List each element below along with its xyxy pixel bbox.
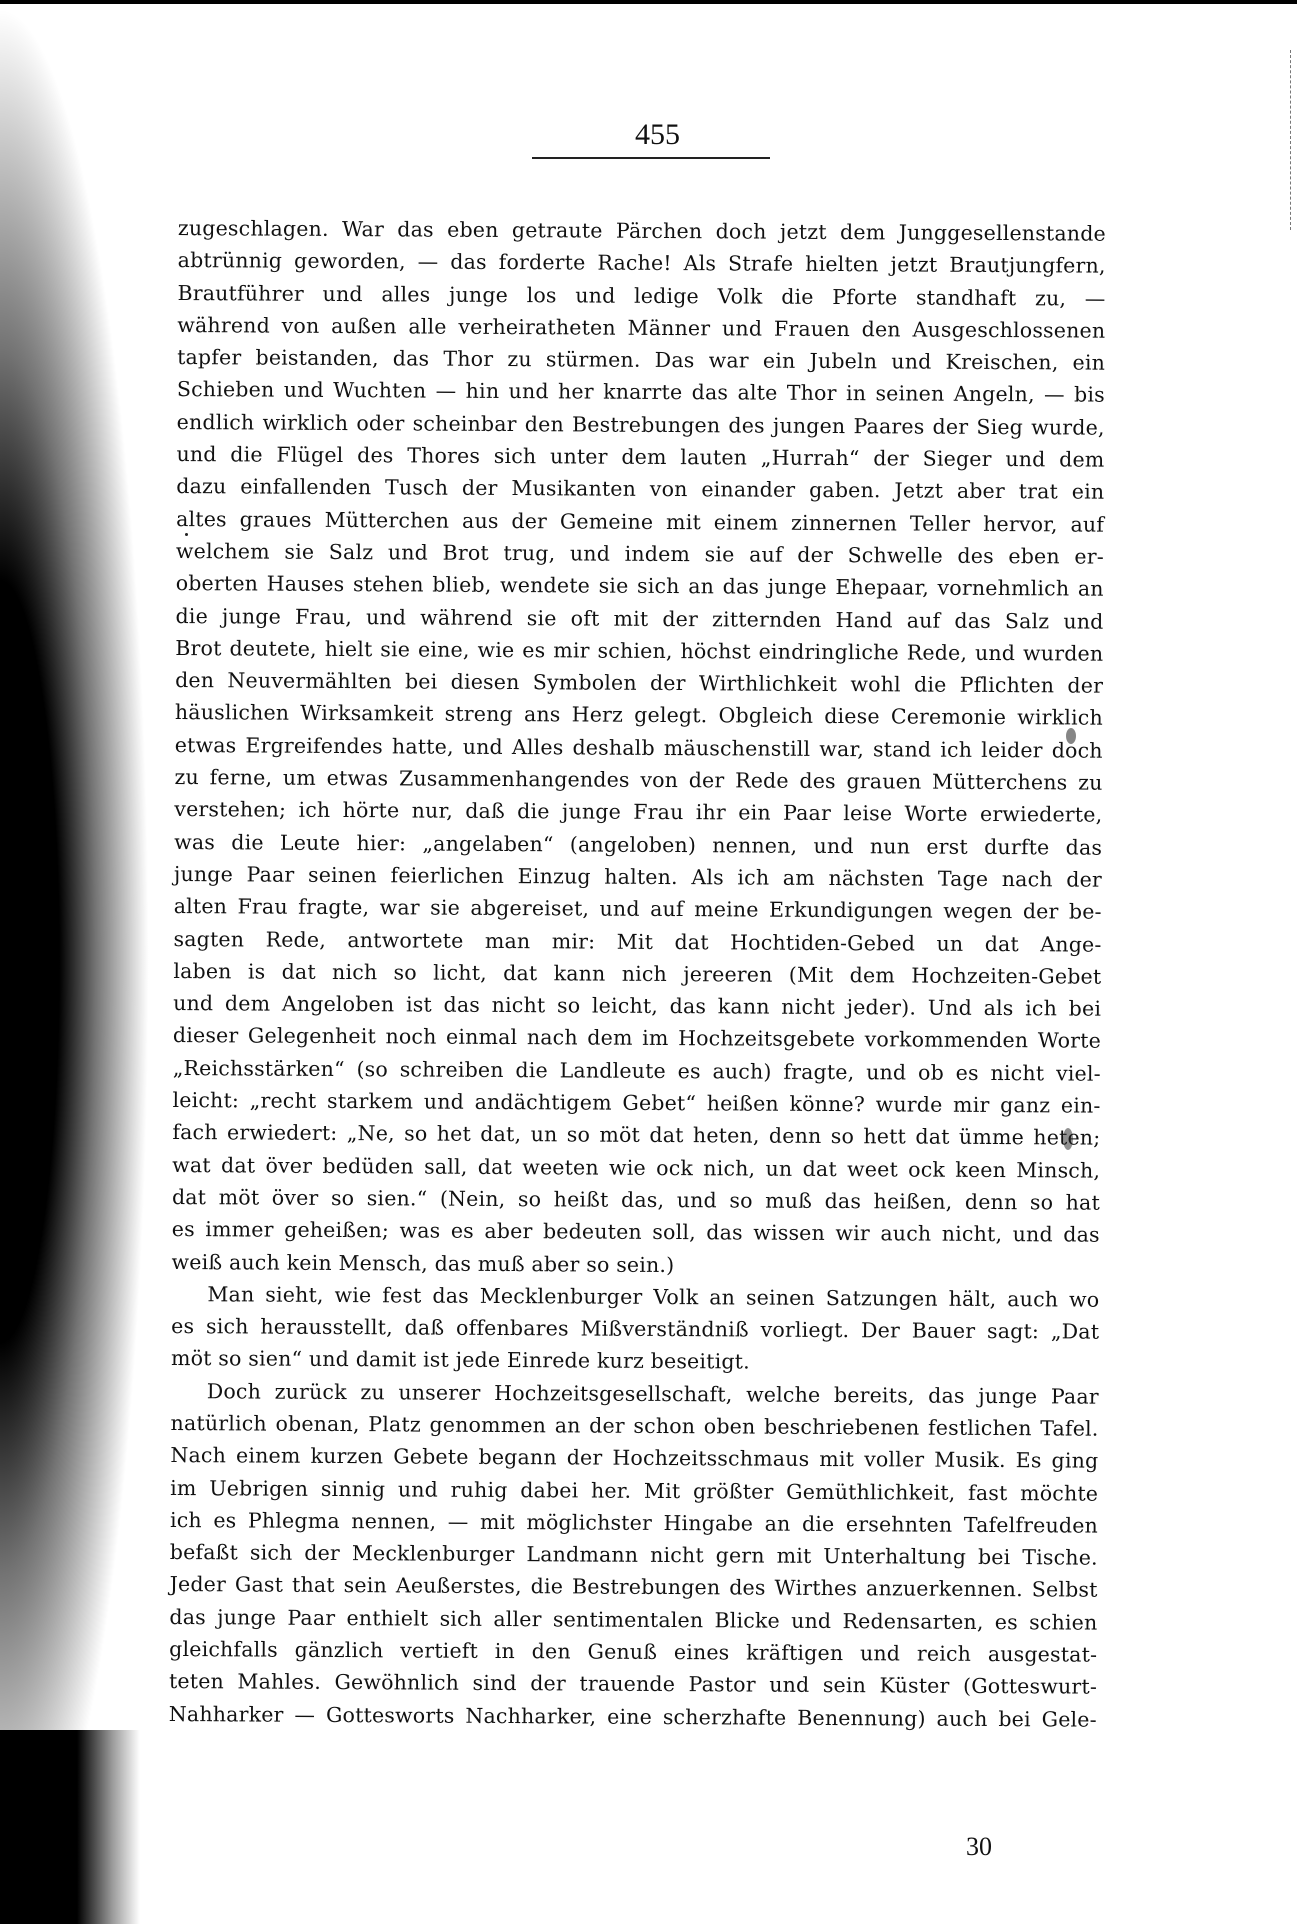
text-line: weiß auch kein Mensch, das muß aber so s… [171, 1245, 1099, 1283]
text-line: Schieben und Wuchten — hin und her knarr… [177, 373, 1105, 411]
text-line: fach erwiedert: „Ne, so het dat, un so m… [172, 1116, 1100, 1154]
text-line: teten Mahles. Gewöhnlich sind der trauen… [169, 1665, 1097, 1703]
text-line: abtrünnig geworden, — das forderte Rache… [178, 244, 1106, 282]
signature-mark: 30 [966, 1832, 992, 1862]
text-line: dieser Gelegenheit noch einmal nach dem … [173, 1019, 1101, 1057]
scan-speck [1063, 1128, 1073, 1150]
text-line: alten Frau fragte, war sie abgereiset, u… [174, 890, 1102, 928]
text-line: häuslichen Wirksamkeit streng ans Herz g… [175, 696, 1103, 734]
text-line: es immer geheißen; was es aber bedeuten … [172, 1213, 1100, 1251]
text-line: verstehen; ich hörte nur, daß die junge … [174, 793, 1102, 831]
page-number: 455 [0, 118, 1297, 152]
body-text: zugeschlagen. War das eben getraute Pärc… [169, 212, 1106, 1736]
text-line: Nahharker — Gottesworts Nachharker, eine… [169, 1698, 1097, 1736]
scan-speck [1066, 728, 1076, 744]
text-line: sagten Rede, antwortete man mir: Mit dat… [173, 923, 1101, 961]
text-line: oberten Hauses stehen blieb, wendete sie… [176, 567, 1104, 605]
scan-shadow-left [0, 0, 150, 1924]
scan-speck [185, 533, 188, 536]
text-line: die junge Frau, und während sie oft mit … [175, 600, 1103, 638]
scan-shadow-bottom-left [0, 1730, 140, 1924]
header-rule [532, 157, 770, 159]
text-line: Nach einem kurzen Gebete begann der Hoch… [170, 1439, 1098, 1477]
scan-border-top [0, 0, 1297, 4]
text-line: Jeder Gast that sein Aeußerstes, die Bes… [170, 1568, 1098, 1606]
text-line: möt so sien“ und damit ist jede Einrede … [171, 1342, 1099, 1380]
text-line: dazu einfallenden Tusch der Musikanten v… [176, 470, 1104, 508]
